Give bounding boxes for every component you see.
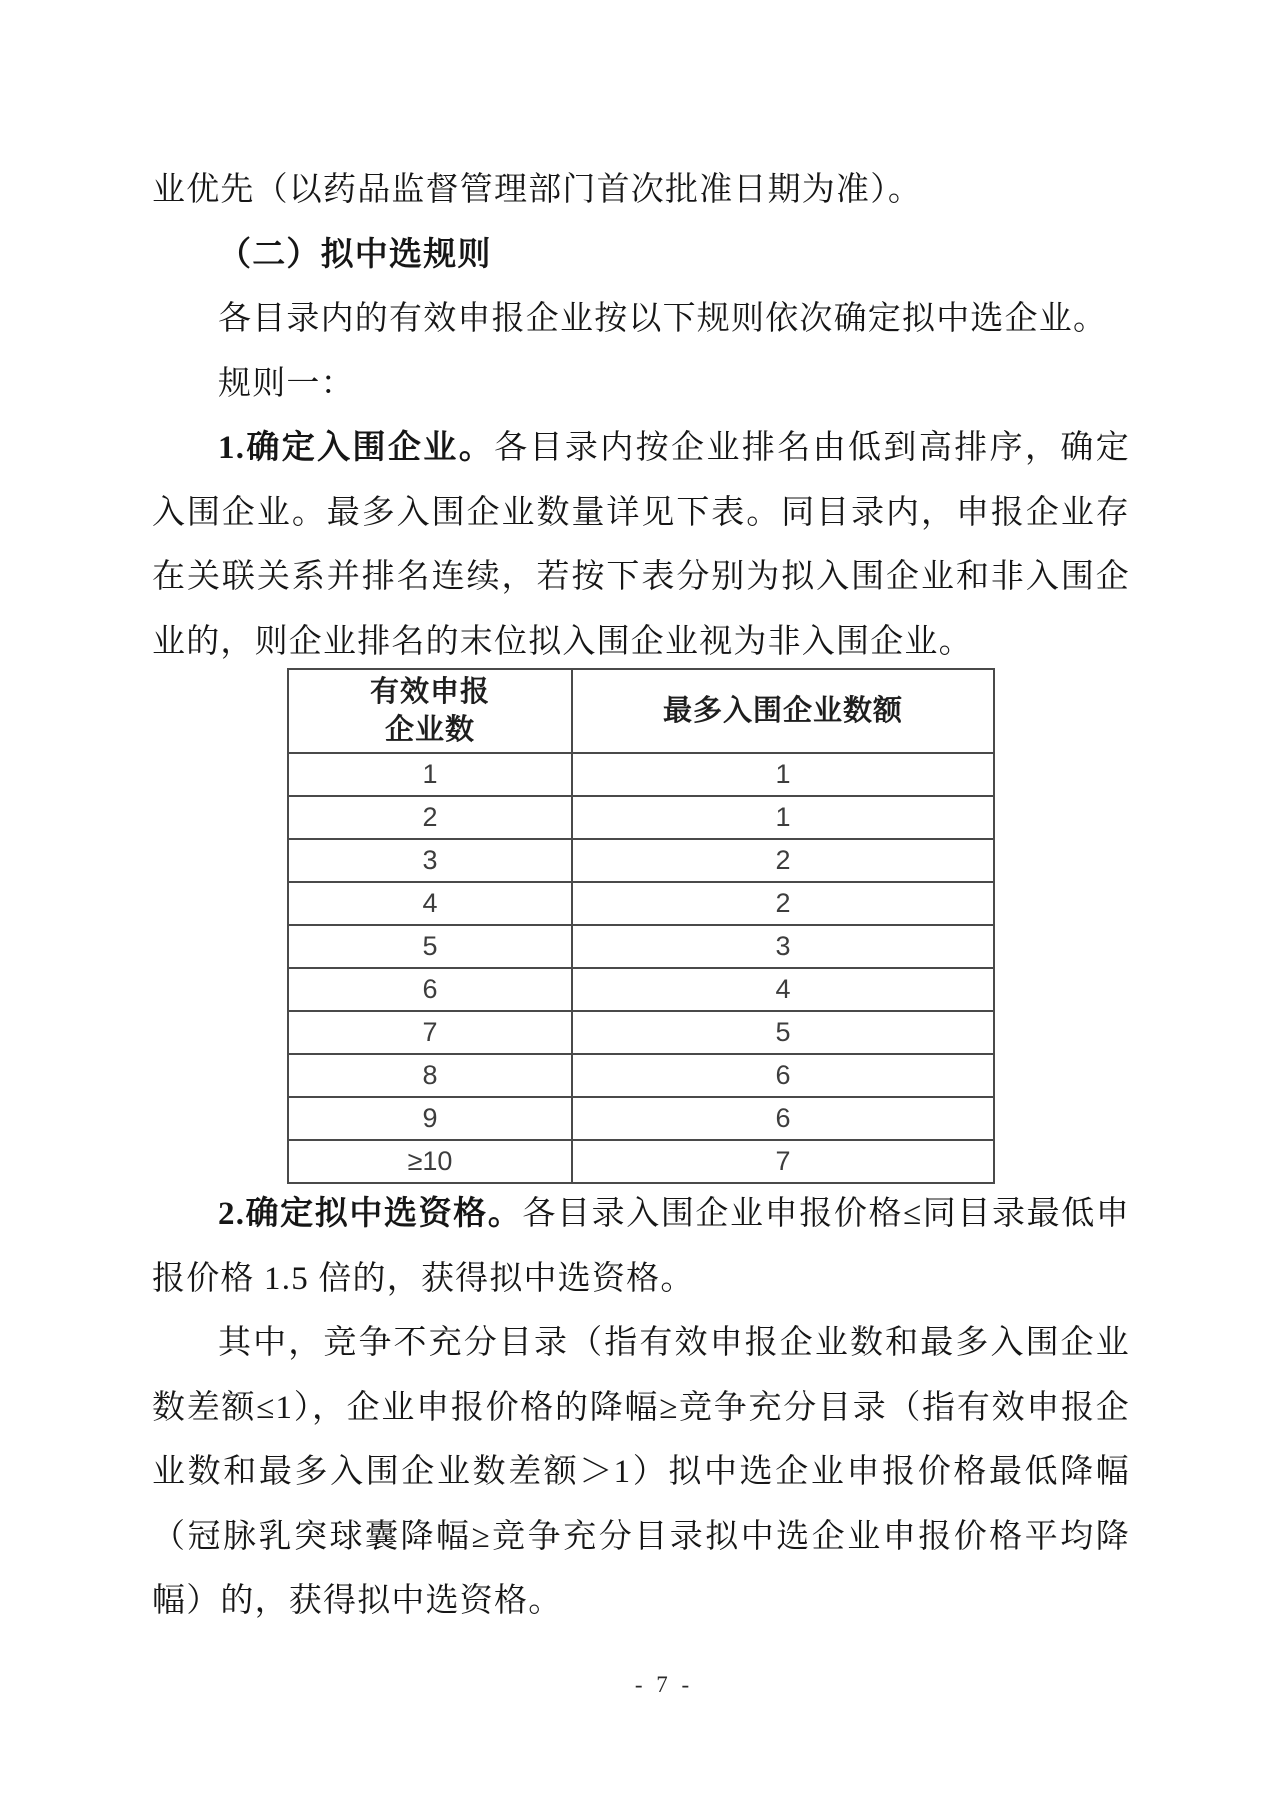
- paragraph-rule-2: 2.确定拟中选资格。各目录入围企业申报价格≤同目录最低申报价格 1.5 倍的，获…: [152, 1182, 1130, 1311]
- cell-valid-bidders: 6: [288, 968, 572, 1011]
- cell-valid-bidders: 4: [288, 882, 572, 925]
- table-row: 64: [288, 968, 994, 1011]
- cell-max-shortlisted: 6: [572, 1097, 994, 1140]
- paragraph-bold-lead: 1.确定入围企业。: [218, 430, 494, 466]
- table-row: 53: [288, 925, 994, 968]
- table-row: 21: [288, 796, 994, 839]
- paragraph-text: 各目录内的有效申报企业按以下规则依次确定拟中选企业。: [218, 301, 1107, 337]
- cell-valid-bidders: 5: [288, 925, 572, 968]
- paragraph-intro: 各目录内的有效申报企业按以下规则依次确定拟中选企业。: [152, 287, 1130, 352]
- cell-valid-bidders: 1: [288, 753, 572, 796]
- cell-max-shortlisted: 3: [572, 925, 994, 968]
- table-row: 96: [288, 1097, 994, 1140]
- cell-max-shortlisted: 4: [572, 968, 994, 1011]
- paragraph-text: 其中，竞争不充分目录（指有效申报企业数和最多入围企业数差额≤1），企业申报价格的…: [152, 1325, 1130, 1619]
- table-header-row: 有效申报 企业数 最多入围企业数额: [288, 669, 994, 753]
- cell-valid-bidders: 2: [288, 796, 572, 839]
- paragraph-bold-lead: 2.确定拟中选资格。: [218, 1196, 522, 1232]
- cell-max-shortlisted: 2: [572, 882, 994, 925]
- paragraph-text: 规则一：: [218, 366, 355, 402]
- table-row: 11: [288, 753, 994, 796]
- table-row: ≥107: [288, 1140, 994, 1183]
- table-row: 86: [288, 1054, 994, 1097]
- table-row: 42: [288, 882, 994, 925]
- paragraph-continuation: 业优先（以药品监督管理部门首次批准日期为准）。: [152, 158, 1130, 223]
- document-page: 业优先（以药品监督管理部门首次批准日期为准）。 （二）拟中选规则 各目录内的有效…: [0, 0, 1280, 1810]
- paragraph-rule-1: 1.确定入围企业。各目录内按企业排名由低到高排序，确定入围企业。最多入围企业数量…: [152, 416, 1130, 674]
- section-heading: （二）拟中选规则: [152, 223, 1130, 288]
- cell-max-shortlisted: 1: [572, 796, 994, 839]
- table-row: 32: [288, 839, 994, 882]
- section-heading-text: （二）拟中选规则: [218, 237, 492, 273]
- cell-valid-bidders: 8: [288, 1054, 572, 1097]
- table-header-valid-bidders: 有效申报 企业数: [288, 669, 572, 753]
- paragraph-qualification-detail: 其中，竞争不充分目录（指有效申报企业数和最多入围企业数差额≤1），企业申报价格的…: [152, 1311, 1130, 1634]
- paragraph-rule-one-label: 规则一：: [152, 352, 1130, 417]
- cell-valid-bidders: 9: [288, 1097, 572, 1140]
- page-number: - 7 -: [0, 1672, 1280, 1698]
- cell-max-shortlisted: 6: [572, 1054, 994, 1097]
- cell-valid-bidders: ≥10: [288, 1140, 572, 1183]
- cell-max-shortlisted: 7: [572, 1140, 994, 1183]
- cell-max-shortlisted: 5: [572, 1011, 994, 1054]
- body-text-above-table: 业优先（以药品监督管理部门首次批准日期为准）。 （二）拟中选规则 各目录内的有效…: [152, 158, 1130, 674]
- table-row: 75: [288, 1011, 994, 1054]
- body-text-below-table: 2.确定拟中选资格。各目录入围企业申报价格≤同目录最低申报价格 1.5 倍的，获…: [152, 1182, 1130, 1634]
- cell-valid-bidders: 7: [288, 1011, 572, 1054]
- cell-max-shortlisted: 1: [572, 753, 994, 796]
- table-header-max-shortlisted: 最多入围企业数额: [572, 669, 994, 753]
- cell-max-shortlisted: 2: [572, 839, 994, 882]
- paragraph-text: 业优先（以药品监督管理部门首次批准日期为准）。: [152, 172, 922, 208]
- max-shortlist-table: 有效申报 企业数 最多入围企业数额 11 21 32 42 53 64 75 8…: [287, 668, 995, 1184]
- cell-valid-bidders: 3: [288, 839, 572, 882]
